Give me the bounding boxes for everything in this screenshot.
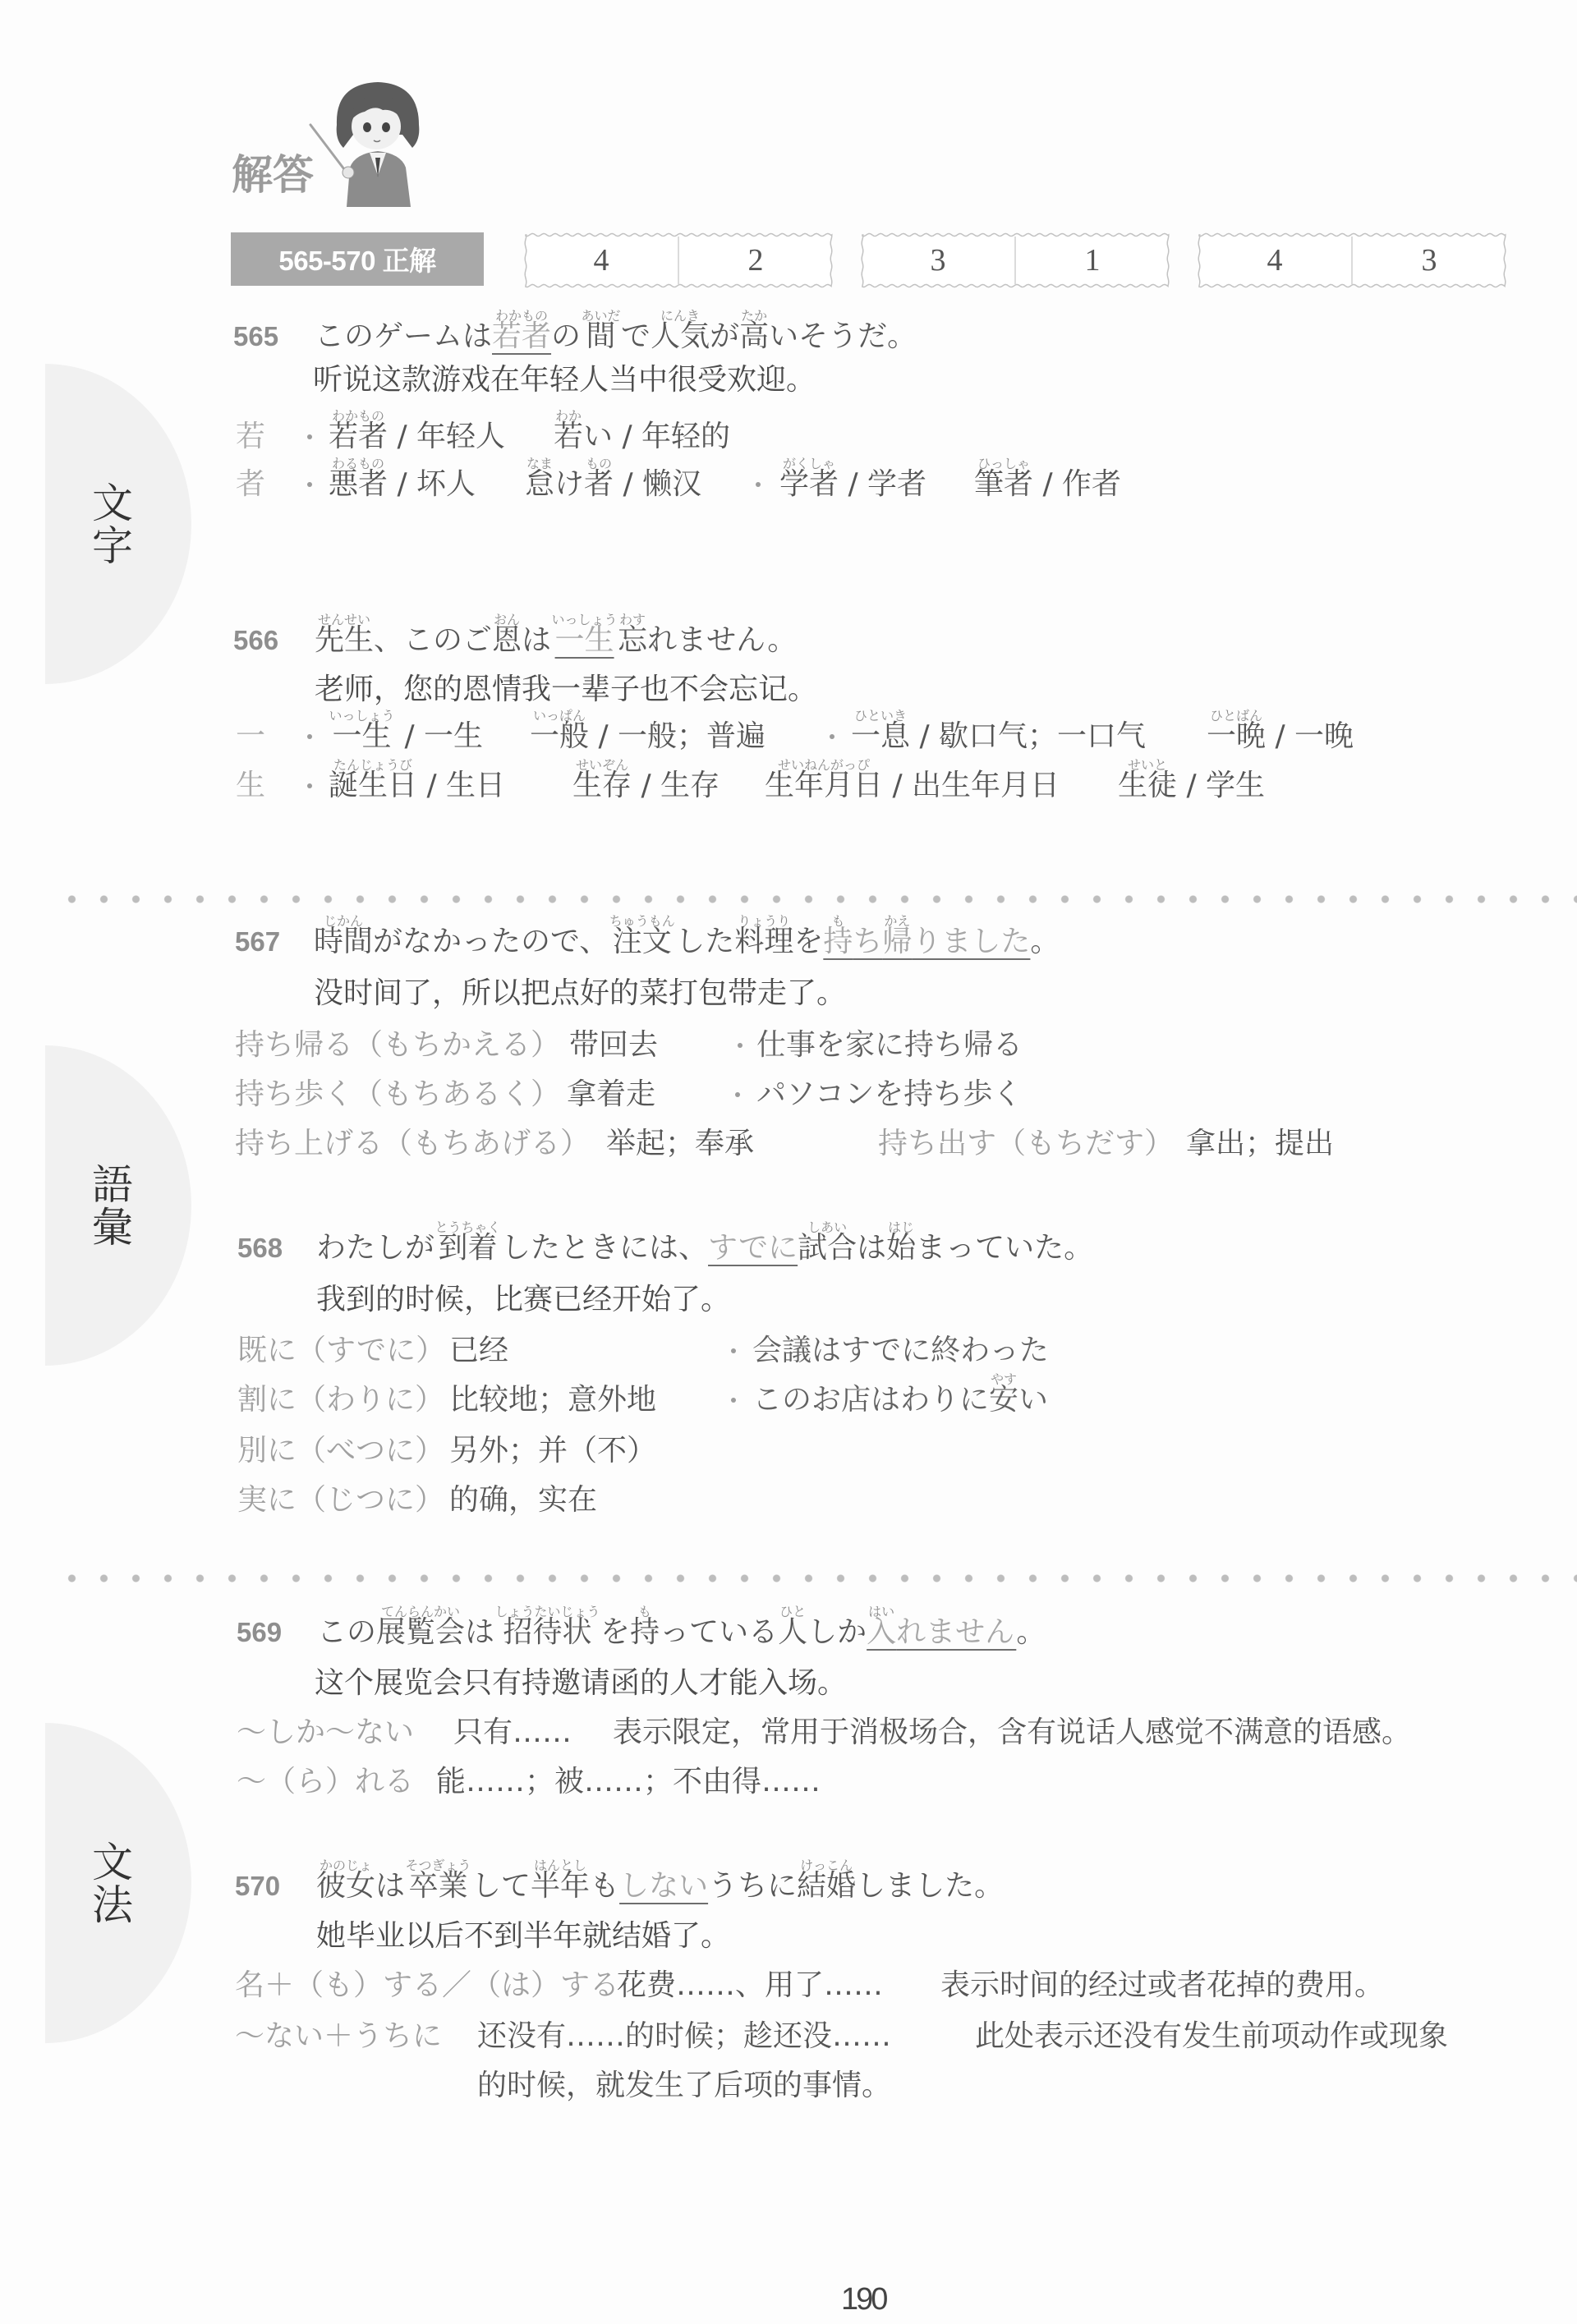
furigana: じかん	[324, 915, 363, 928]
text-segment: / 学生	[1177, 769, 1265, 802]
ruby-base: 一息	[851, 719, 910, 753]
furigana: いっしょう	[329, 710, 394, 723]
text-segment: 。	[1016, 1615, 1046, 1649]
vocab-example: パソコンを持ち歩く	[756, 1078, 1022, 1111]
grammar-meaning: 只有……	[453, 1716, 572, 1749]
section-tab-goi: 語彙	[45, 1045, 191, 1366]
text-segment: まっていた。	[916, 1231, 1093, 1265]
vocab-example: このお店はわりに安やすい	[752, 1384, 1048, 1417]
answer-underline: 持も	[823, 925, 853, 958]
furigana: せいぞん	[576, 759, 628, 772]
grammar-explanation-continued: 的时候，就发生了后项的事情。	[477, 2069, 891, 2102]
text-segment: は	[375, 1869, 405, 1903]
furigana: けっこん	[800, 1859, 853, 1872]
text-segment: しました。	[856, 1869, 1004, 1903]
grammar-pattern: ～ない＋うちに	[235, 2020, 442, 2053]
answer-underline: ち	[853, 925, 882, 958]
text-segment: / 一般；普遍	[589, 719, 766, 753]
page-number: 190	[841, 2283, 885, 2316]
ruby-base: 忘	[618, 623, 647, 657]
vocab-meaning: 已经	[449, 1334, 508, 1367]
furigana: てんらんかい	[381, 1605, 460, 1619]
text-segment: は	[465, 1615, 494, 1649]
kanji-label: 者	[236, 468, 265, 501]
grammar-pattern: ～しか～ない	[237, 1716, 414, 1749]
text-segment: / 一晚	[1266, 719, 1354, 753]
text-segment: / 生日	[417, 769, 505, 802]
ruby-base: 到着	[439, 1231, 498, 1265]
text-segment: / 生存	[632, 769, 720, 802]
furigana: ひとばん	[1210, 710, 1262, 723]
grammar-explanation: 表示时间的经过或者花掉的费用。	[940, 1969, 1384, 2002]
text-segment: / 作者	[1033, 467, 1121, 501]
bullet-icon	[307, 783, 312, 788]
ruby-base: 招待状	[503, 1615, 592, 1649]
furigana: せいねんがっぴ	[778, 759, 870, 772]
furigana: おん	[494, 613, 520, 627]
vocab-term: 持ち出す（もちだす）	[878, 1128, 1174, 1160]
ruby-word: 間あいだ	[581, 320, 621, 353]
text-segment: / 学者	[839, 467, 926, 501]
furigana: ちゅうもん	[609, 915, 675, 928]
ruby-word: 卒業そつぎょう	[405, 1870, 471, 1903]
furigana: なま	[526, 457, 553, 471]
question-number: 566	[233, 624, 278, 657]
dotted-divider	[56, 894, 1577, 904]
vocab-meaning: 举起；奉承	[606, 1128, 754, 1160]
furigana: しょうたいじょう	[495, 1605, 600, 1619]
note-item: 一生いっしょう / 一生	[329, 720, 483, 753]
ruby-word: 一生いっしょう	[329, 720, 395, 753]
translation: 听说这款游戏在年轻人当中很受欢迎。	[313, 364, 816, 397]
furigana: とうちゃく	[435, 1221, 501, 1234]
ruby-word: 始はじ	[886, 1232, 916, 1265]
bullet-icon	[830, 734, 834, 739]
furigana: しあい	[807, 1221, 847, 1234]
furigana: わるもの	[332, 457, 384, 471]
question-number: 570	[235, 1870, 280, 1903]
furigana: いっぱん	[533, 710, 586, 723]
ruby-base: 料理	[734, 925, 793, 958]
ruby-base: 若者	[329, 420, 388, 453]
note-item: 生徒せいと / 学生	[1118, 769, 1265, 802]
answer-range-badge: 565-570 正解	[231, 232, 484, 286]
answer-underline: 入はい	[867, 1616, 896, 1649]
section-tab-label: 語彙	[88, 1163, 131, 1248]
ruby-base: 筆者	[974, 467, 1033, 501]
note-item: 悪者わるもの / 坏人	[329, 468, 476, 501]
ruby-base: 半年	[531, 1869, 590, 1903]
teacher-mascot-icon	[304, 76, 427, 207]
text-segment: して	[471, 1869, 531, 1903]
text-segment: うちに	[708, 1869, 797, 1903]
ruby-base: 若者	[492, 319, 551, 353]
note-item: 筆者ひっしゃ / 作者	[974, 468, 1121, 501]
ruby-base: 誕生日	[329, 769, 417, 802]
section-tab-moji: 文字	[45, 364, 191, 684]
question-sentence: この展覧会てんらんかいは招待状しょうたいじょうを持もっている人ひとしか入はいれま…	[317, 1616, 1046, 1649]
furigana: はい	[868, 1605, 894, 1619]
ruby-base: 恩	[492, 623, 522, 657]
note-item: 一晩ひとばん / 一晚	[1207, 720, 1354, 753]
ruby-base: 始	[886, 1231, 916, 1265]
ruby-word: 一般いっぱん	[530, 720, 589, 753]
answer-underline: 一生いっしょう	[551, 624, 618, 657]
ruby-base: 試合	[798, 1231, 857, 1265]
question-number: 568	[237, 1232, 283, 1265]
section-tab-bunpou: 文法	[45, 1723, 191, 2043]
text-segment: がなかったので、	[373, 925, 609, 958]
ruby-base: 帰	[882, 925, 912, 958]
ruby-word: 一息ひといき	[851, 720, 910, 753]
ruby-word: 筆者ひっしゃ	[974, 468, 1033, 501]
ruby-base: 高	[739, 319, 769, 353]
furigana: もの	[586, 457, 612, 471]
ruby-base: 人	[778, 1615, 807, 1649]
ruby-base: 悪者	[329, 467, 388, 501]
text-segment: / 坏人	[388, 467, 476, 501]
ruby-base: 卒業	[409, 1869, 468, 1903]
grammar-explanation: 此处表示还没有发生前项动作或现象	[975, 2020, 1448, 2053]
answer-570: 3	[1352, 232, 1506, 289]
ruby-base: 者	[584, 467, 614, 501]
note-item: 生存せいぞん / 生存	[572, 769, 720, 802]
question-sentence: このゲームは若者わかものの間あいだで人気にんきが高たかいそうだ。	[315, 320, 917, 353]
question-number: 565	[233, 320, 278, 353]
furigana: わか	[555, 410, 582, 423]
text-segment: / 年轻人	[388, 420, 505, 453]
ruby-base: 一生	[555, 623, 614, 657]
answer-underline: 若者わかもの	[492, 320, 551, 353]
ruby-base: 生年月日	[765, 769, 883, 802]
text-segment: も	[590, 1869, 619, 1903]
ruby-word: 注文ちゅうもん	[609, 925, 675, 958]
kanji-label: 一	[236, 720, 265, 753]
ruby-base: 人気	[651, 319, 710, 353]
ruby-word: 結婚けっこん	[797, 1870, 856, 1903]
note-item: 怠なまけ者もの / 懒汉	[525, 468, 701, 501]
ruby-word: 持も	[630, 1616, 660, 1649]
ruby-base: 一晩	[1207, 719, 1266, 753]
question-number: 569	[237, 1616, 282, 1649]
ruby-word: 展覧会てんらんかい	[376, 1616, 465, 1649]
ruby-base: 一般	[530, 719, 589, 753]
answer-group: 4 2	[524, 232, 833, 289]
furigana: わかもの	[332, 410, 384, 423]
ruby-word: 者もの	[584, 468, 614, 501]
ruby-word: 高たか	[739, 320, 769, 353]
text-segment: した	[675, 925, 734, 958]
furigana: ひっしゃ	[977, 457, 1030, 471]
text-segment: このゲームは	[315, 319, 492, 353]
text-segment: い / 年轻的	[583, 420, 730, 453]
ruby-word: 時間じかん	[314, 925, 373, 958]
note-item: 誕生日たんじょうび / 生日	[329, 769, 505, 802]
ruby-base: 時間	[314, 925, 373, 958]
vocab-term: 別に（べつに）	[237, 1435, 444, 1467]
furigana: たんじょうび	[333, 759, 412, 772]
ruby-base: 彼女	[316, 1869, 375, 1903]
page-title: 解答	[232, 151, 314, 199]
ruby-base: 安	[989, 1383, 1018, 1417]
bullet-icon	[307, 734, 312, 739]
bullet-icon	[738, 1043, 743, 1048]
text-segment: は	[522, 623, 551, 657]
ruby-base: 持	[823, 925, 853, 958]
ruby-word: 一晩ひとばん	[1207, 720, 1266, 753]
text-segment: れません。	[647, 623, 797, 657]
bullet-icon	[731, 1348, 736, 1353]
ruby-word: 生年月日せいねんがっぴ	[765, 769, 883, 802]
bullet-icon	[307, 434, 312, 439]
furigana: そつぎょう	[406, 1859, 471, 1872]
text-segment: 会議はすでに終わった	[752, 1334, 1049, 1367]
text-segment: わたしが	[316, 1231, 434, 1265]
ruby-base: 展覧会	[376, 1615, 465, 1649]
ruby-word: 誕生日たんじょうび	[329, 769, 417, 802]
furigana: いっしょう	[552, 613, 618, 627]
furigana: わかもの	[495, 310, 548, 323]
furigana: わす	[619, 613, 646, 627]
answer-underline: りました	[912, 925, 1030, 958]
bullet-icon	[735, 1092, 740, 1097]
furigana: はじ	[888, 1221, 914, 1234]
translation: 这个展览会只有持邀请函的人才能入场。	[315, 1667, 847, 1700]
ruby-word: 恩おん	[492, 624, 522, 657]
ruby-word: 到着とうちゃく	[434, 1232, 501, 1265]
text-segment: / 出生年月日	[883, 769, 1060, 802]
text-segment: が	[710, 319, 739, 353]
ruby-word: 怠なま	[525, 468, 554, 501]
text-segment: は	[857, 1231, 886, 1265]
furigana: あいだ	[582, 310, 621, 323]
ruby-word: 生存せいぞん	[572, 769, 632, 802]
kanji-label: 生	[236, 769, 265, 802]
text-segment: この	[317, 1615, 376, 1649]
vocab-example: 会議はすでに終わった	[752, 1334, 1049, 1367]
text-segment: い	[1018, 1383, 1048, 1417]
answer-565: 4	[524, 232, 678, 289]
ruby-word: 忘わす	[618, 624, 647, 657]
book-page: 文字 語彙 文法 解答 565-570 正解 4 2 3 1	[0, 0, 1577, 2324]
text-segment: / 懒汉	[614, 467, 701, 501]
vocab-meaning: 带回去	[569, 1029, 658, 1062]
translation: 我到的时候，比赛已经开始了。	[316, 1284, 730, 1316]
furigana: ひといき	[854, 710, 907, 723]
text-segment: 。	[1030, 925, 1060, 958]
vocab-meaning: 拿出；提出	[1186, 1128, 1334, 1160]
furigana: たか	[741, 310, 767, 323]
furigana: せいと	[1128, 759, 1167, 772]
furigana: りょうり	[738, 915, 790, 928]
vocab-meaning: 比较地；意外地	[449, 1384, 656, 1417]
question-number: 567	[235, 925, 280, 958]
grammar-meaning: 能……；被……；不由得……	[436, 1766, 821, 1798]
ruby-word: 安やす	[989, 1384, 1018, 1417]
text-segment: っている	[660, 1615, 778, 1649]
grammar-explanation: 表示限定，常用于消极场合，含有说话人感觉不满意的语感。	[613, 1716, 1411, 1749]
answer-566: 2	[678, 232, 833, 289]
ruby-word: 若者わかもの	[329, 420, 388, 453]
vocab-meaning: 拿着走	[567, 1078, 655, 1111]
furigana: にんき	[660, 310, 700, 323]
ruby-word: 若わか	[554, 420, 583, 453]
ruby-word: 招待状しょうたいじょう	[494, 1616, 600, 1649]
text-segment: / 一生	[395, 719, 483, 753]
vocab-meaning: 的确，实在	[449, 1484, 597, 1517]
grammar-pattern: ～（ら）れる	[237, 1766, 414, 1798]
grammar-meaning: 还没有……的时候；趁还没……	[477, 2020, 891, 2053]
note-item: 一息ひといき / 歇口气；一口气	[851, 720, 1146, 753]
ruby-word: 学者がくしゃ	[779, 468, 839, 501]
bullet-icon	[307, 482, 312, 487]
note-item: 学者がくしゃ / 学者	[779, 468, 926, 501]
ruby-base: 注文	[613, 925, 672, 958]
ruby-base: 怠	[525, 467, 554, 501]
ruby-word: 人ひと	[778, 1616, 807, 1649]
vocab-term: 実に（じつに）	[237, 1484, 444, 1517]
answer-569: 4	[1198, 232, 1352, 289]
note-item: 一般いっぱん / 一般；普遍	[530, 720, 766, 753]
answer-underline: しない	[619, 1869, 708, 1903]
bullet-icon	[756, 482, 761, 487]
ruby-base: 持	[630, 1615, 660, 1649]
kanji-label: 若	[236, 420, 265, 453]
text-segment: で	[621, 319, 651, 353]
text-segment: / 歇口气；一口气	[910, 719, 1146, 753]
note-item: 生年月日せいねんがっぴ / 出生年月日	[765, 769, 1060, 802]
ruby-word: 試合しあい	[798, 1232, 857, 1265]
text-segment: いそうだ。	[769, 319, 917, 353]
ruby-base: 学者	[779, 467, 839, 501]
ruby-word: 料理りょうり	[734, 925, 793, 958]
vocab-term: 持ち帰る（もちかえる）	[235, 1029, 560, 1062]
text-segment: したときには、	[501, 1231, 708, 1265]
bullet-icon	[731, 1398, 736, 1403]
furigana: かえ	[884, 915, 910, 928]
text-segment: を	[793, 925, 823, 958]
furigana: がくしゃ	[783, 457, 835, 471]
ruby-word: 悪者わるもの	[329, 468, 388, 501]
furigana: せんせい	[318, 613, 370, 627]
ruby-word: 人気にんき	[651, 320, 710, 353]
furigana: も	[638, 1605, 651, 1619]
answer-underline: れません	[896, 1615, 1016, 1649]
question-sentence: 彼女かのじょは卒業そつぎょうして半年はんとしもしないうちに結婚けっこんしました。	[316, 1870, 1004, 1903]
ruby-word: 先生せんせい	[315, 624, 374, 657]
translation: 老师，您的恩情我一辈子也不会忘记。	[315, 673, 817, 706]
ruby-base: 先生	[315, 623, 374, 657]
vocab-term: 持ち歩く（もちあるく）	[235, 1078, 560, 1111]
furigana: かのじょ	[320, 1859, 372, 1872]
section-tab-label: 文法	[88, 1840, 131, 1926]
translation: 没时间了，所以把点好的菜打包带走了。	[314, 977, 846, 1010]
answer-group: 4 3	[1198, 232, 1506, 289]
answer-567: 3	[861, 232, 1015, 289]
vocab-term: 割に（わりに）	[237, 1384, 444, 1417]
grammar-meaning: 花费……、用了……	[617, 1969, 883, 2002]
text-segment: しか	[807, 1615, 867, 1649]
grammar-pattern: 名＋（も）する／（は）する	[235, 1969, 619, 2002]
answer-568: 1	[1015, 232, 1170, 289]
ruby-base: 生存	[572, 769, 632, 802]
question-sentence: 先生せんせい、このご恩おんは一生いっしょう忘わすれません。	[315, 624, 797, 657]
ruby-base: 結婚	[797, 1869, 856, 1903]
note-item: 若わかい / 年轻的	[554, 420, 730, 453]
text-segment: の	[551, 319, 581, 353]
ruby-word: 生徒せいと	[1118, 769, 1177, 802]
ruby-base: 一生	[332, 719, 391, 753]
note-item: 若者わかもの / 年轻人	[329, 420, 505, 453]
text-segment: 、このご	[374, 623, 492, 657]
answer-group: 3 1	[861, 232, 1170, 289]
ruby-base: 間	[586, 319, 616, 353]
translation: 她毕业以后不到半年就结婚了。	[316, 1920, 730, 1953]
furigana: ひと	[779, 1605, 806, 1619]
vocab-term: 既に（すでに）	[237, 1334, 445, 1367]
answer-underline: すでに	[708, 1231, 798, 1265]
vocab-term: 持ち上げる（もちあげる）	[235, 1128, 590, 1160]
furigana: も	[831, 915, 844, 928]
ruby-word: 彼女かのじょ	[316, 1870, 375, 1903]
vocab-example: 仕事を家に持ち帰る	[756, 1029, 1023, 1062]
furigana: やす	[991, 1373, 1017, 1386]
ruby-base: 生徒	[1118, 769, 1177, 802]
ruby-word: 半年はんとし	[531, 1870, 590, 1903]
vocab-meaning: 另外；并（不）	[449, 1435, 656, 1467]
question-sentence: 時間じかんがなかったので、注文ちゅうもんした料理りょうりを持もち帰かえりました。	[314, 925, 1060, 958]
text-segment: け	[554, 467, 584, 501]
dotted-divider	[56, 1573, 1577, 1583]
text-segment: このお店はわりに	[752, 1383, 989, 1417]
answer-underline: 帰かえ	[882, 925, 912, 958]
question-sentence: わたしが到着とうちゃくしたときには、すでに試合しあいは始はじまっていた。	[316, 1232, 1093, 1265]
text-segment: を	[600, 1615, 630, 1649]
furigana: はんとし	[534, 1859, 586, 1872]
section-tab-label: 文字	[88, 481, 131, 567]
ruby-base: 入	[867, 1615, 896, 1649]
ruby-base: 若	[554, 420, 583, 453]
